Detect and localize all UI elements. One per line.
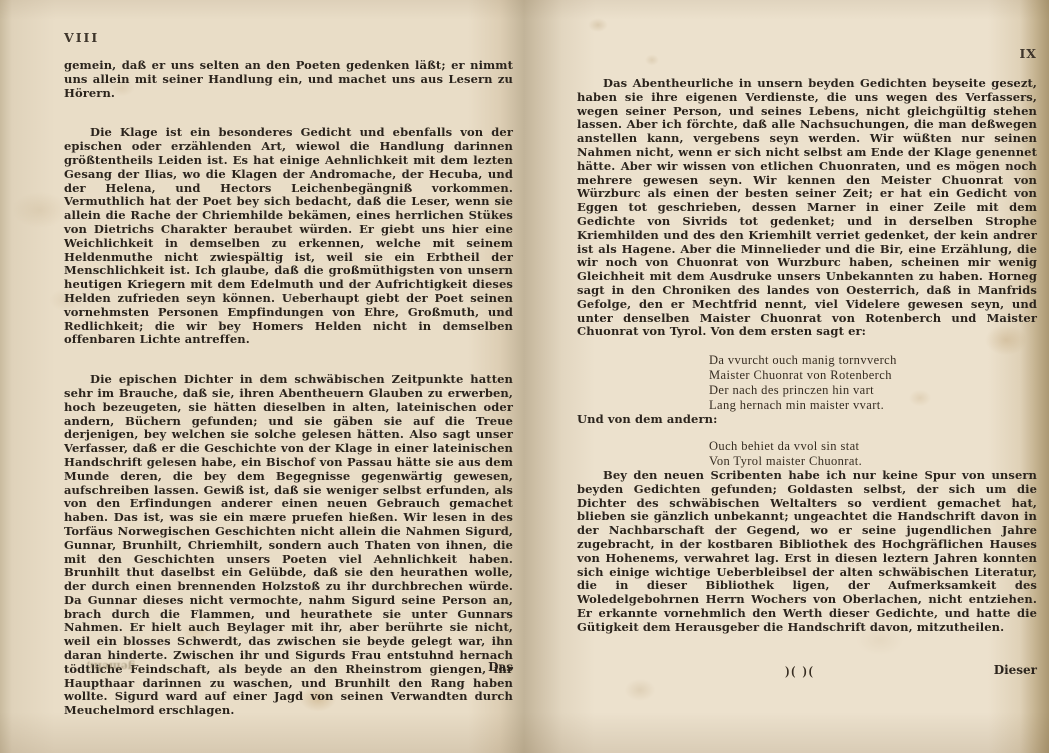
- verse-line: Maister Chuonrat von Rotenberch: [709, 368, 1037, 383]
- verse-line: Der nach des princzen hin vart: [709, 383, 1037, 398]
- verse-line: Lang hernach min maister vvart.: [709, 398, 1037, 413]
- left-paragraph-klage: Die Klage ist ein besonderes Gedicht und…: [64, 126, 513, 347]
- ghost-text: gemein,: [86, 660, 135, 673]
- book-scan: VIII gemein, daß er uns selten an den Po…: [0, 0, 1049, 753]
- verse-link: Und von dem andern:: [577, 413, 1037, 427]
- catchword-right: Dieser: [577, 663, 1037, 677]
- verse-line: Von Tyrol maister Chuonrat.: [709, 454, 1037, 469]
- left-paragraph-continuation: gemein, daß er uns selten an den Poeten …: [64, 59, 513, 100]
- right-paragraph-intro: Das Abentheurliche in unsern beyden Gedi…: [577, 77, 1037, 339]
- left-page: VIII gemein, daß er uns selten an den Po…: [64, 30, 513, 718]
- verse-line: Da vvurcht ouch manig tornvverch: [709, 353, 1037, 368]
- page-number-left: VIII: [64, 30, 513, 45]
- verse-stanza-2: Ouch behiet da vvol sin stat Von Tyrol m…: [709, 439, 1037, 469]
- verse-line: Ouch behiet da vvol sin stat: [709, 439, 1037, 454]
- verse-stanza-1: Da vvurcht ouch manig tornvverch Maister…: [709, 353, 1037, 413]
- right-page: IX Das Abentheurliche in unsern beyden G…: [577, 46, 1037, 635]
- page-number-right: IX: [577, 46, 1037, 61]
- right-paragraph-closing: Bey den neuen Scribenten habe ich nur ke…: [577, 469, 1037, 635]
